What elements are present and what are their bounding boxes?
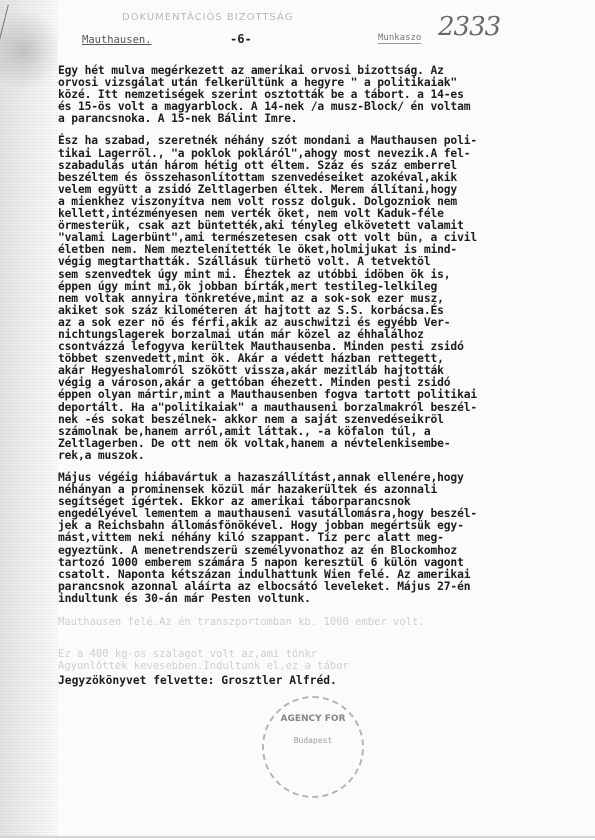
text-line: éppen olyan mártir,mint a Mauthausenben … xyxy=(58,389,578,401)
seal-subtext: Budapest xyxy=(264,736,362,745)
text-line: a parancsnoka. A 15-nek Bálint Imre. xyxy=(58,113,578,125)
text-line: nek -és sokat beszélnek- akkor nem a saj… xyxy=(58,414,578,426)
bleed-through-text-3: Agyonlőttek kevesebben.Indultunk el,ez a… xyxy=(58,660,578,672)
paragraph: Egy hét mulva megérkezett az amerikai or… xyxy=(58,65,578,125)
paragraph: Május végéig hiábavártuk a hazaszállítás… xyxy=(58,472,578,605)
text-line: tartozó 1000 emberem számára 5 napon ker… xyxy=(58,557,578,569)
text-line: deportált. Ha a"politikaiak" a mauthause… xyxy=(58,402,578,414)
text-line: végig megtarthatták. Szállásuk türhetö v… xyxy=(58,256,578,268)
text-line: Ész ha szabad, szeretnék néhány szót mon… xyxy=(58,135,578,147)
scan-shadow xyxy=(0,0,58,836)
text-line: nem voltak annyira tönkretéve,mint az a … xyxy=(58,293,578,305)
testimony-body: Egy hét mulva megérkezett az amerikai or… xyxy=(58,65,578,615)
archive-stamp: DOKUMENTÁCIÓS BIZOTTSÁG xyxy=(122,12,293,24)
text-line: mást,vittem neki néhány kiló szappant. T… xyxy=(58,532,578,544)
text-line: indultunk és 30-án már Pesten voltunk. xyxy=(58,593,578,605)
bleed-through-text-2: Ez a 400 kg-os szalagot volt az,ami tönk… xyxy=(58,648,578,660)
text-line: tikai Lagerröl., "a poklok pokláról",aho… xyxy=(58,148,578,160)
folio-label: Munkaszo xyxy=(378,33,421,44)
paragraph: Ész ha szabad, szeretnék néhány szót mon… xyxy=(58,135,578,462)
seal-stamp: AGENCY FOR Budapest xyxy=(262,696,364,798)
recorder-signature: Jegyzökönyvet felvette: Grosztler Alfréd… xyxy=(58,674,337,687)
text-line: egyeztünk. A menetrendszerü személyvonat… xyxy=(58,545,578,557)
header-place: Mauthausen. xyxy=(82,34,152,46)
text-line: éppen úgy mint mi,ök jobban bírták,mert … xyxy=(58,281,578,293)
document-page: DOKUMENTÁCIÓS BIZOTTSÁG Mauthausen. -6- … xyxy=(0,0,595,838)
text-line: rek,a muszok. xyxy=(58,450,578,462)
text-line: sem szenvedtek úgy mint mi. Éheztek az u… xyxy=(58,269,578,281)
page-number: -6- xyxy=(230,32,252,46)
bleed-through-text-1: Mauthausen felé.Az én transzportomban kb… xyxy=(58,616,578,628)
handwritten-number: 2333 xyxy=(438,12,500,42)
text-line: számolnak be,hanem arról,amit láttak., -… xyxy=(58,426,578,438)
seal-text: AGENCY FOR xyxy=(264,714,362,724)
text-line: szabadulás után három hétig ott éltem. S… xyxy=(58,160,578,172)
